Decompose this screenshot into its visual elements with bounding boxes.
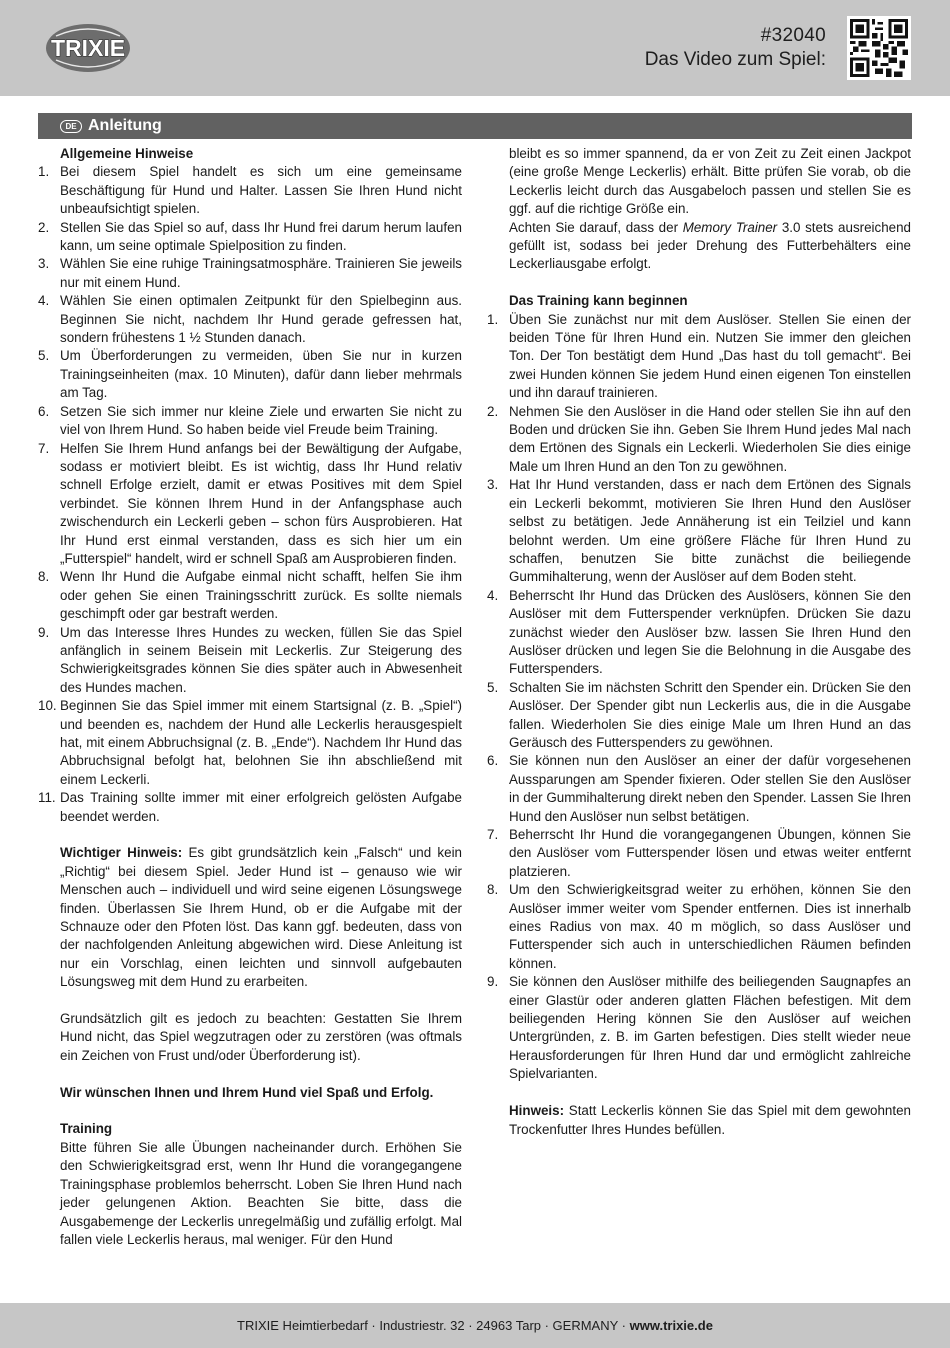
continued-paragraph: bleibt es so immer spannend, da er von Z…	[487, 145, 911, 219]
list-item: 5.Schalten Sie im nächsten Schritt den S…	[487, 679, 911, 753]
list-item: 9.Um das Interesse Ihres Hundes zu wecke…	[38, 624, 462, 698]
list-item: 5.Um Überforderungen zu vermeiden, üben …	[38, 347, 462, 402]
note-paragraph: Hinweis: Statt Leckerlis können Sie das …	[487, 1102, 911, 1139]
list-item: 8.Um den Schwierigkeitsgrad weiter zu er…	[487, 881, 911, 973]
wish-text: Wir wünschen Ihnen und Ihrem Hund viel S…	[38, 1084, 462, 1102]
list-item: 6.Sie können nun den Auslöser an einer d…	[487, 752, 911, 826]
general-list: 1.Bei diesem Spiel handelt es sich um ei…	[38, 163, 462, 826]
page-footer: TRIXIE Heimtierbedarf · Industriestr. 32…	[0, 1303, 950, 1348]
general-heading: Allgemeine Hinweise	[38, 145, 462, 163]
footer-address: · Industriestr. 32 · 24963 Tarp · GERMAN…	[368, 1318, 630, 1333]
video-label: Das Video zum Spiel:	[645, 48, 826, 72]
list-item: 9.Sie können den Auslöser mithilfe des b…	[487, 973, 911, 1083]
fill-paragraph: Achten Sie darauf, dass der Memory Train…	[487, 219, 911, 274]
qr-code-icon[interactable]	[847, 16, 911, 80]
start-heading: Das Training kann beginnen	[487, 292, 911, 310]
section-header-bar: DE Anleitung	[38, 113, 912, 139]
product-name: Memory Trainer	[683, 220, 777, 235]
training-paragraph: Bitte führen Sie alle Übungen nacheinand…	[38, 1139, 462, 1249]
list-item: 7.Beherrscht Ihr Hund die vorangegangene…	[487, 826, 911, 881]
list-item: 2.Nehmen Sie den Auslöser in die Hand od…	[487, 403, 911, 477]
principle-paragraph: Grundsätzlich gilt es jedoch zu beachten…	[38, 1010, 462, 1065]
list-item: 7.Helfen Sie Ihrem Hund anfangs bei der …	[38, 440, 462, 569]
page-header: TRIXIE #32040 Das Video zum Spiel:	[0, 0, 950, 96]
list-item: 10.Beginnen Sie das Spiel immer mit eine…	[38, 697, 462, 789]
list-item: 3.Wählen Sie eine ruhige Trainingsatmosp…	[38, 255, 462, 292]
steps-list: 1.Üben Sie zunächst nur mit dem Auslöser…	[487, 311, 911, 1084]
list-item: 2.Stellen Sie das Spiel so auf, dass Ihr…	[38, 219, 462, 256]
section-title: Anleitung	[88, 117, 162, 135]
svg-text:TRIXIE: TRIXIE	[51, 35, 125, 61]
footer-website-link[interactable]: www.trixie.de	[630, 1318, 713, 1333]
list-item: 4.Beherrscht Ihr Hund das Drücken des Au…	[487, 587, 911, 679]
article-number: #32040	[645, 24, 826, 48]
list-item: 6.Setzen Sie sich immer nur kleine Ziele…	[38, 403, 462, 440]
list-item: 3.Hat Ihr Hund verstanden, dass er nach …	[487, 476, 911, 586]
list-item: 1.Üben Sie zunächst nur mit dem Auslöser…	[487, 311, 911, 403]
list-item: 11.Das Training sollte immer mit einer e…	[38, 789, 462, 826]
training-heading: Training	[38, 1120, 462, 1138]
list-item: 1.Bei diesem Spiel handelt es sich um ei…	[38, 163, 462, 218]
language-badge: DE	[60, 120, 82, 133]
list-item: 8.Wenn Ihr Hund die Aufgabe einmal nicht…	[38, 568, 462, 623]
important-note: Wichtiger Hinweis: Es gibt grundsätzlich…	[38, 844, 462, 991]
trixie-logo: TRIXIE	[38, 20, 138, 76]
right-column: bleibt es so immer spannend, da er von Z…	[487, 145, 911, 1139]
footer-company: TRIXIE Heimtierbedarf	[237, 1318, 368, 1333]
list-item: 4.Wählen Sie einen optimalen Zeitpunkt f…	[38, 292, 462, 347]
left-column: Allgemeine Hinweise 1.Bei diesem Spiel h…	[38, 145, 462, 1249]
